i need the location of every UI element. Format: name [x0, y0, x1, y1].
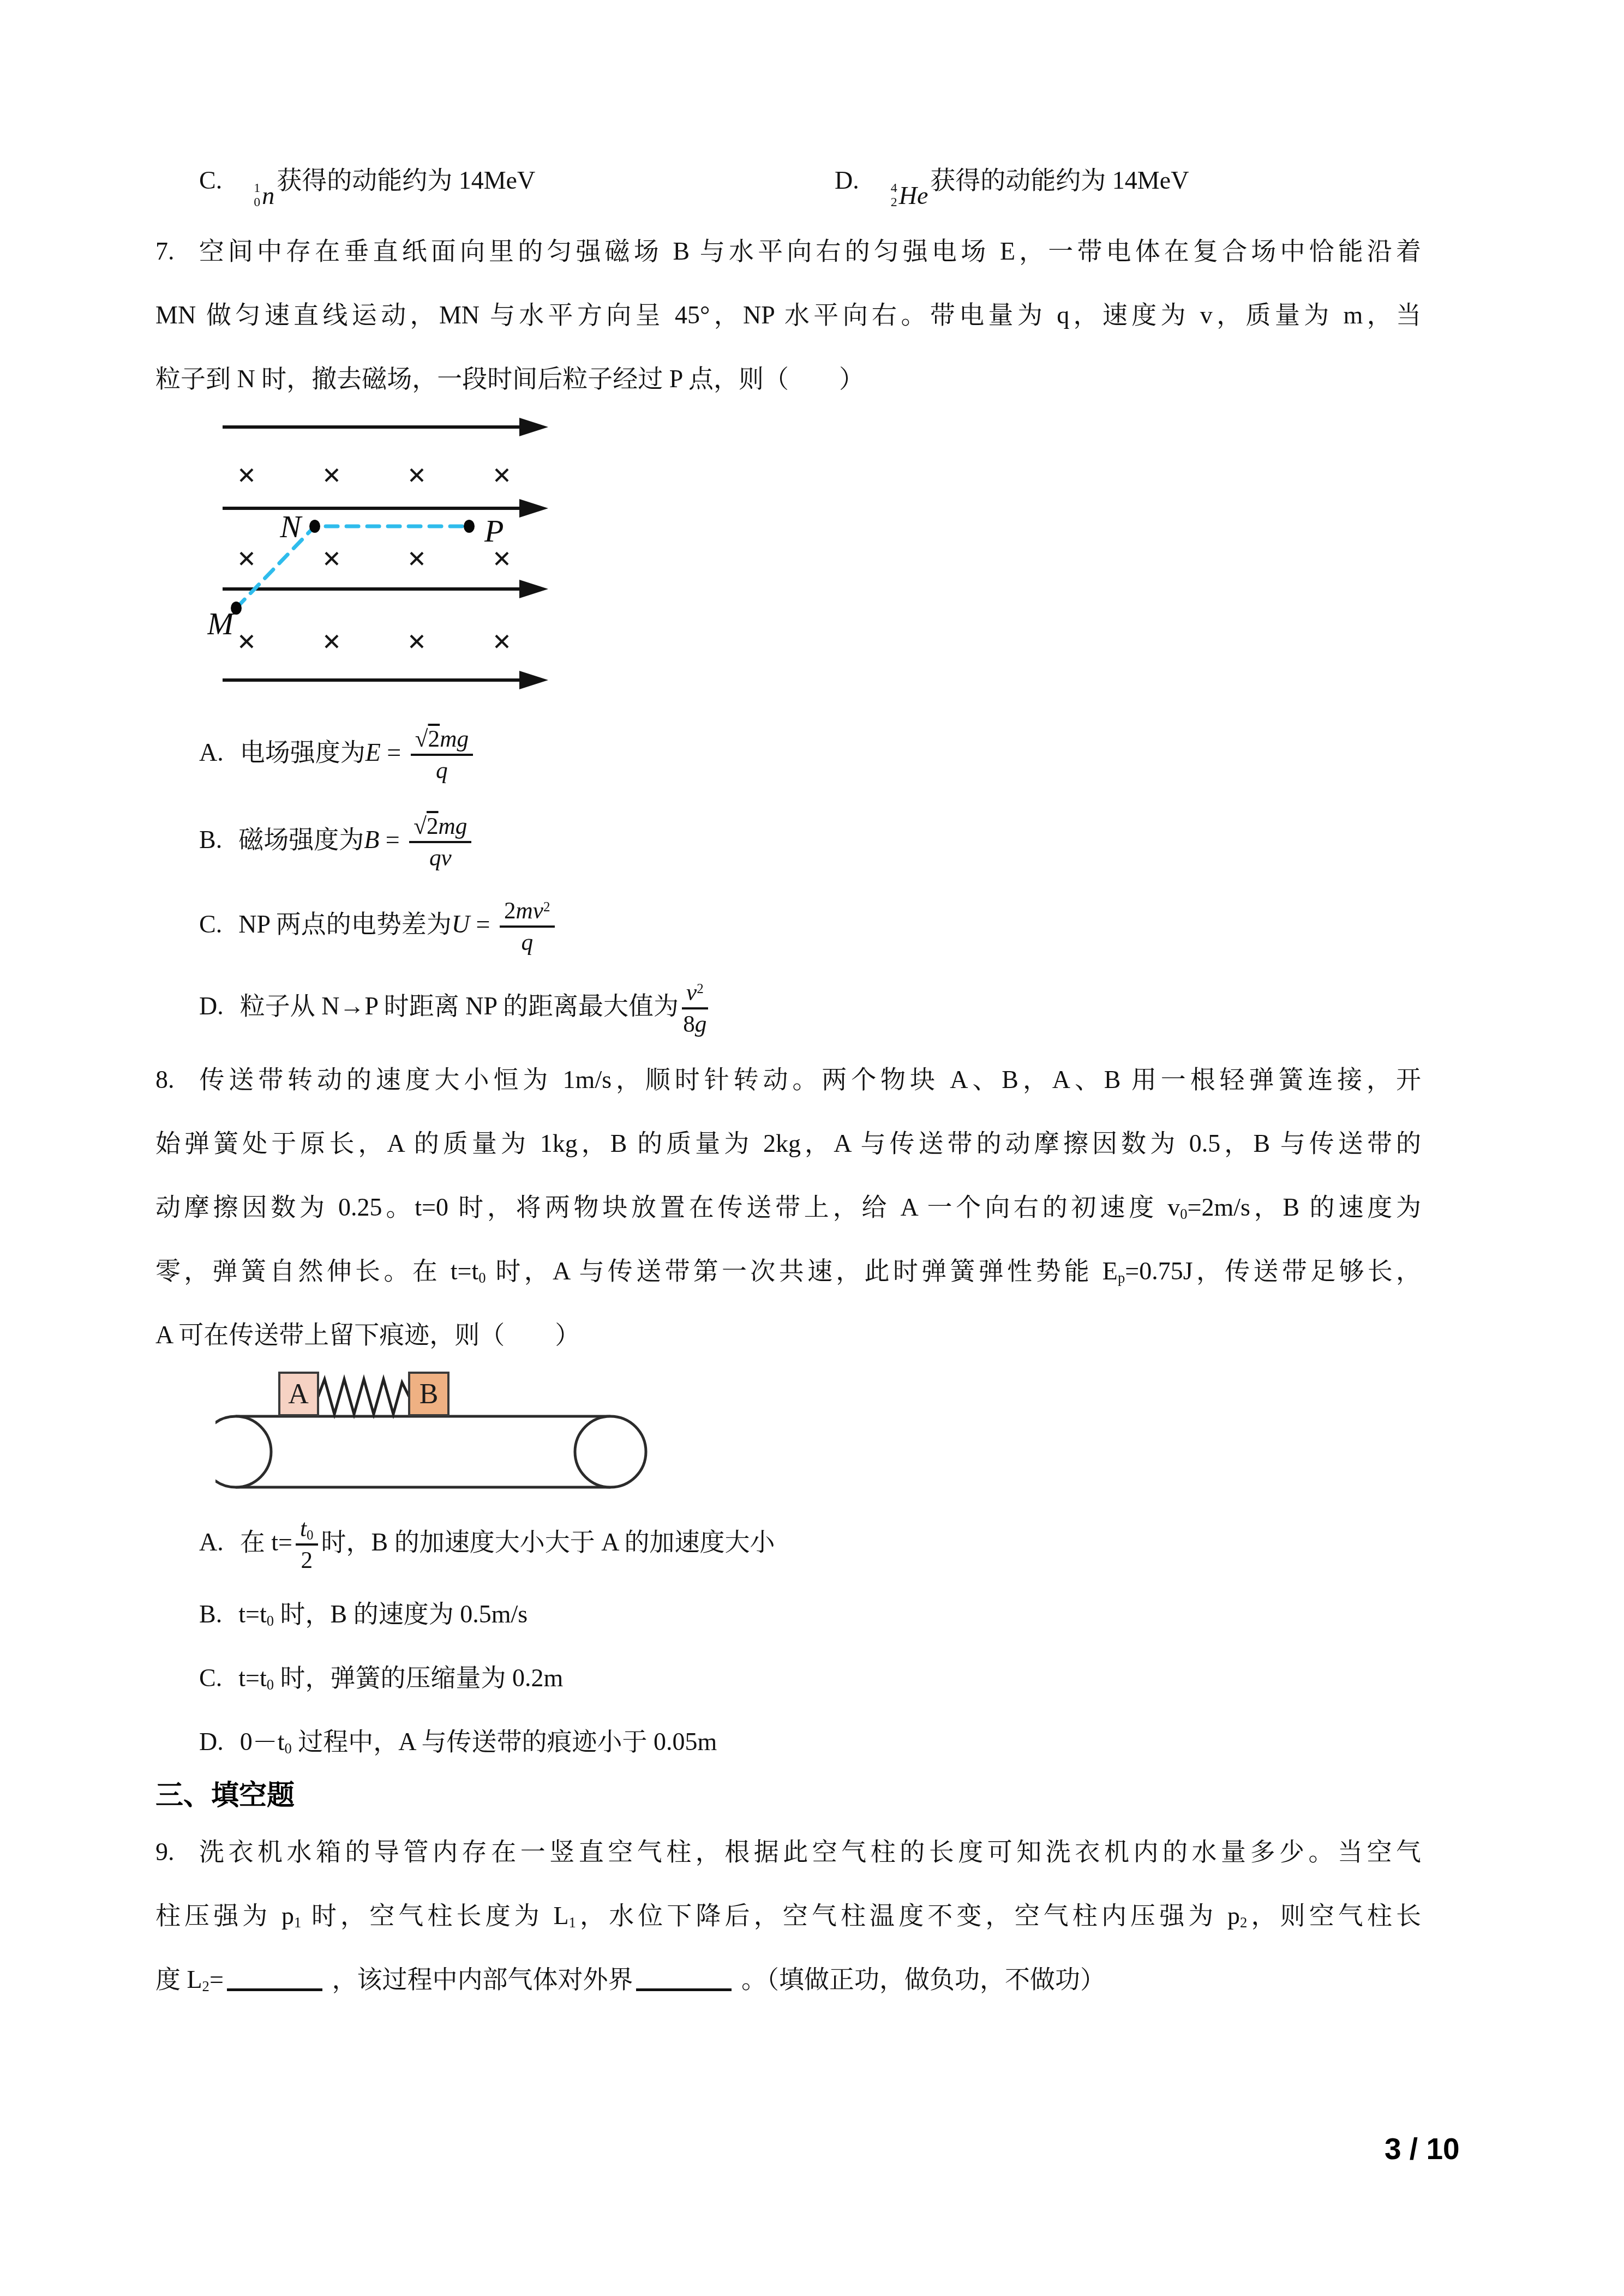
q7-option-a: A.电场强度为E = √2mgq — [199, 709, 1421, 796]
q6-options-line: C.10n获得的动能约为 14MeV D.42He获得的动能约为 14MeV — [155, 148, 1421, 212]
option-text: 10n获得的动能约为 14MeV — [254, 166, 535, 194]
q9-line-1-text: 洗衣机水箱的导管内存在一竖直空气柱，根据此空气柱的长度可知洗衣机内的水量多少。当… — [195, 1838, 1422, 1866]
q7-stem: 7.空间中存在垂直纸面向里的匀强磁场 B 与水平向右的匀强电场 E，一带电体在复… — [155, 219, 1421, 411]
flux-cross-icon: × — [493, 623, 511, 659]
spring — [318, 1379, 409, 1414]
block-a-label: A — [288, 1379, 309, 1410]
q9-line-2: 柱压强为 p1 时，空气柱长度为 L1，水位下降后，空气柱温度不变，空气柱内压强… — [155, 1884, 1421, 1948]
point-n-dot — [309, 520, 320, 533]
q7-line-1-text: 空间中存在垂直纸面向里的匀强磁场 B 与水平向右的匀强电场 E，一带电体在复合场… — [195, 237, 1422, 265]
q7-line-3-text: 粒子到 N 时，撤去磁场，一段时间后粒子经过 P 点，则（ ） — [155, 365, 864, 393]
point-p-dot — [464, 520, 475, 533]
q8-line-4: 零，弹簧自然伸长。在 t=t0 时，A 与传送带第一次共速，此时弹簧弹性势能 E… — [155, 1239, 1421, 1303]
flux-cross-icon: × — [237, 623, 256, 659]
q8-line-1-text: 传送带转动的速度大小恒为 1m/s，顺时针转动。两个物块 A、B，A、B 用一根… — [195, 1066, 1422, 1093]
flux-cross-icon: × — [408, 540, 426, 576]
point-p-label: P — [484, 513, 504, 549]
magnetic-field-diagram: × × × × × × × × × × × × N P M — [207, 417, 556, 706]
q7-option-b: B.磁场强度为B = √2mgqv — [199, 796, 1421, 883]
q7-line-2: MN 做匀速直线运动，MN 与水平方向呈 45°，NP 水平向右。带电量为 q，… — [155, 283, 1421, 347]
q8-line-1: 8.传送带转动的速度大小恒为 1m/s，顺时针转动。两个物块 A、B，A、B 用… — [155, 1048, 1421, 1111]
option-label: A. — [199, 709, 224, 796]
option-label: C. — [199, 1646, 222, 1710]
q8-line-5: A 可在传送带上留下痕迹，则（ ） — [155, 1303, 1421, 1367]
q6-option-c: C.10n获得的动能约为 14MeV — [199, 148, 535, 227]
section-3-header: 三、填空题 — [155, 1774, 295, 1817]
option-label: D. — [199, 965, 224, 1047]
field-arrow-head — [519, 671, 548, 689]
option-label: B. — [199, 796, 222, 883]
q7-line-3: 粒子到 N 时，撤去磁场，一段时间后粒子经过 P 点，则（ ） — [155, 347, 1421, 411]
q8-option-b: B.t=t0 时，B 的速度为 0.5m/s — [199, 1582, 1421, 1646]
option-label: D. — [835, 148, 859, 212]
q8-option-d: D.0－t0 过程中，A 与传送带的痕迹小于 0.05m — [199, 1710, 1421, 1774]
q8-line-2-text: 始弹簧处于原长，A 的质量为 1kg，B 的质量为 2kg，A 与传送带的动摩擦… — [155, 1129, 1421, 1157]
flux-cross-icon: × — [322, 457, 341, 493]
option-text: 42He获得的动能约为 14MeV — [891, 166, 1189, 194]
field-arrow-head — [519, 499, 548, 518]
q8-line-3: 动摩擦因数为 0.25。t=0 时，将两物块放置在传送带上，给 A 一个向右的初… — [155, 1175, 1421, 1239]
option-label: C. — [199, 148, 222, 212]
q6-option-d: D.42He获得的动能约为 14MeV — [835, 148, 1189, 227]
q8-line-4-text: 零，弹簧自然伸长。在 t=t0 时，A 与传送带第一次共速，此时弹簧弹性势能 E… — [155, 1257, 1421, 1285]
flux-cross-icon: × — [493, 457, 511, 493]
option-label: D. — [199, 1710, 224, 1774]
q8-stem: 8.传送带转动的速度大小恒为 1m/s，顺时针转动。两个物块 A、B，A、B 用… — [155, 1048, 1421, 1367]
flux-cross-icon: × — [322, 540, 341, 576]
field-arrow-head — [519, 418, 548, 436]
q9-line-3-text: 度 L2= ，该过程中内部气体对外界 。（填做正功，做负功，不做功） — [155, 1966, 1105, 1993]
q7-options: A.电场强度为E = √2mgq B.磁场强度为B = √2mgqv C.NP … — [155, 709, 1421, 1047]
option-label: B. — [199, 1582, 222, 1646]
q9-number: 9. — [155, 1820, 175, 1884]
right-roller — [575, 1416, 646, 1487]
q9-line-2-text: 柱压强为 p1 时，空气柱长度为 L1，水位下降后，空气柱温度不变，空气柱内压强… — [155, 1902, 1421, 1930]
q7-line-1: 7.空间中存在垂直纸面向里的匀强磁场 B 与水平向右的匀强电场 E，一带电体在复… — [155, 219, 1421, 283]
q9-line-3: 度 L2= ，该过程中内部气体对外界 。（填做正功，做负功，不做功） — [155, 1948, 1421, 2011]
option-text: t=t0 时，B 的速度为 0.5m/s — [238, 1600, 528, 1628]
q8-line-2: 始弹簧处于原长，A 的质量为 1kg，B 的质量为 2kg，A 与传送带的动摩擦… — [155, 1111, 1421, 1175]
flux-cross-icon: × — [408, 457, 426, 493]
option-label: C. — [199, 883, 222, 965]
q9-line-1: 9.洗衣机水箱的导管内存在一竖直空气柱，根据此空气柱的长度可知洗衣机内的水量多少… — [155, 1820, 1421, 1884]
flux-cross-icon: × — [237, 540, 256, 576]
point-m-label: M — [207, 606, 235, 641]
option-text: NP 两点的电势差为U = 2mv2q — [238, 910, 558, 938]
q9-stem: 9.洗衣机水箱的导管内存在一竖直空气柱，根据此空气柱的长度可知洗衣机内的水量多少… — [155, 1820, 1421, 2011]
field-arrow-head — [519, 580, 548, 598]
point-n-label: N — [279, 509, 303, 544]
q8-option-a: A.在 t=t02时，B 的加速度大小大于 A 的加速度大小 — [199, 1502, 1421, 1582]
q7-option-d: D.粒子从 N→P 时距离 NP 的距离最大值为v28g — [199, 965, 1421, 1047]
option-text: 磁场强度为B = √2mgqv — [238, 826, 475, 854]
option-text: 在 t=t02时，B 的加速度大小大于 A 的加速度大小 — [240, 1528, 775, 1556]
q7-option-c: C.NP 两点的电势差为U = 2mv2q — [199, 883, 1421, 965]
exam-page: C.10n获得的动能约为 14MeV D.42He获得的动能约为 14MeV 7… — [0, 0, 1624, 2296]
flux-cross-icon: × — [408, 623, 426, 659]
q7-line-2-text: MN 做匀速直线运动，MN 与水平方向呈 45°，NP 水平向右。带电量为 q，… — [155, 301, 1421, 329]
q7-number: 7. — [155, 219, 175, 283]
option-label: A. — [199, 1502, 224, 1582]
conveyor-belt-diagram: A B — [215, 1366, 652, 1500]
q8-line-3-text: 动摩擦因数为 0.25。t=0 时，将两物块放置在传送带上，给 A 一个向右的初… — [155, 1193, 1421, 1221]
flux-cross-marks: × × × × × × × × × × × × — [237, 457, 511, 659]
left-roller — [215, 1416, 271, 1487]
particle-trajectory-dashed — [236, 526, 469, 608]
option-text: 0－t0 过程中，A 与传送带的痕迹小于 0.05m — [240, 1728, 717, 1756]
flux-cross-icon: × — [322, 623, 341, 659]
option-text: 粒子从 N→P 时距离 NP 的距离最大值为v28g — [240, 992, 711, 1020]
q8-number: 8. — [155, 1048, 175, 1111]
block-b-label: B — [420, 1379, 439, 1410]
flux-cross-icon: × — [237, 457, 256, 493]
q8-line-5-text: A 可在传送带上留下痕迹，则（ ） — [155, 1321, 580, 1349]
option-text: 电场强度为E = √2mgq — [240, 738, 476, 766]
page-number: 3 / 10 — [1385, 2130, 1460, 2168]
q8-options: A.在 t=t02时，B 的加速度大小大于 A 的加速度大小 B.t=t0 时，… — [155, 1502, 1421, 1774]
option-text: t=t0 时，弹簧的压缩量为 0.2m — [238, 1664, 563, 1692]
q8-option-c: C.t=t0 时，弹簧的压缩量为 0.2m — [199, 1646, 1421, 1710]
